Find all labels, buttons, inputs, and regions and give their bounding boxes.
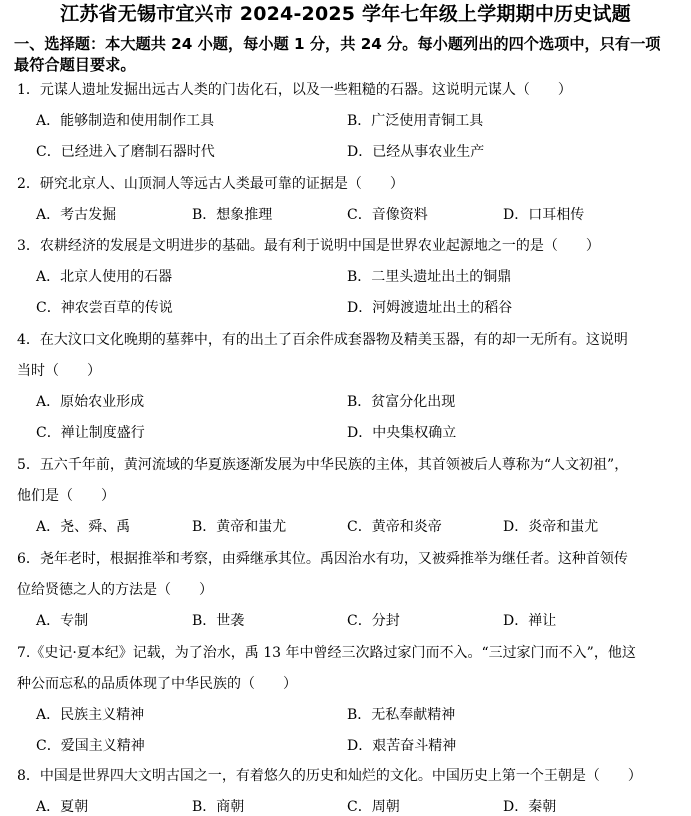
question-4-option-b: B．贫富分化出现 — [347, 392, 455, 412]
question-8-option-c: C．周朝 — [347, 797, 400, 816]
question-6-option-a: A．专制 — [36, 611, 88, 631]
question-8-stem: 8．中国是世界四大文明古国之一，有着悠久的历史和灿烂的文化。中国历史上第一个王朝… — [17, 766, 677, 786]
question-6-option-c: C．分封 — [347, 611, 400, 631]
question-8-option-b: B．商朝 — [192, 797, 244, 816]
question-3-option-a: A．北京人使用的石器 — [36, 267, 172, 287]
exam-title: 江苏省无锡市宜兴市 2024-2025 学年七年级上学期期中历史试题 — [0, 0, 691, 28]
question-7-stem-line-1: 7.《史记·夏本纪》记载，为了治水，禹 13 年中曾经三次路过家门而不入。“三过… — [17, 643, 677, 663]
section-heading: 一、选择题：本大题共 24 小题，每小题 1 分，共 24 分。每小题列出的四个… — [14, 34, 674, 76]
question-4-option-c: C．禅让制度盛行 — [36, 423, 145, 443]
question-7-stem-line-2: 种公而忘私的品质体现了中华民族的（ ） — [17, 674, 677, 694]
question-4-option-d: D．中央集权确立 — [347, 423, 456, 443]
question-3-option-b: B．二里头遗址出土的铜鼎 — [347, 267, 511, 287]
question-7-option-a: A．民族主义精神 — [36, 705, 144, 725]
question-5-stem-line-2: 他们是（ ） — [17, 486, 677, 506]
question-6-stem-line-1: 6．尧年老时，根据推举和考察，由舜继承其位。禹因治水有功，又被舜推举为继任者。这… — [17, 549, 677, 569]
question-2-stem: 2．研究北京人、山顶洞人等远古人类最可靠的证据是（ ） — [17, 174, 677, 194]
question-5-option-d: D．炎帝和蚩尤 — [503, 517, 598, 537]
question-1-stem: 1．元谋人遗址发掘出远古人类的门齿化石，以及一些粗糙的石器。这说明元谋人（ ） — [17, 80, 677, 100]
question-2-option-b: B．想象推理 — [192, 205, 272, 225]
question-3-option-d: D．河姆渡遗址出土的稻谷 — [347, 298, 512, 318]
question-1-option-c: C．已经进入了磨制石器时代 — [36, 142, 215, 162]
question-1-option-b: B．广泛使用青铜工具 — [347, 111, 483, 131]
question-3-option-c: C．神农尝百草的传说 — [36, 298, 173, 318]
question-5-option-a: A．尧、舜、禹 — [36, 517, 130, 537]
question-5-option-b: B．黄帝和蚩尤 — [192, 517, 286, 537]
question-8-option-d: D．秦朝 — [503, 797, 556, 816]
question-1-option-d: D．已经从事农业生产 — [347, 142, 484, 162]
question-8-option-a: A．夏朝 — [36, 797, 88, 816]
question-2-option-c: C．音像资料 — [347, 205, 428, 225]
question-1-option-a: A．能够制造和使用制作工具 — [36, 111, 214, 131]
question-2-option-d: D．口耳相传 — [503, 205, 584, 225]
question-7-option-d: D．艰苦奋斗精神 — [347, 736, 456, 756]
question-4-option-a: A．原始农业形成 — [36, 392, 144, 412]
question-7-option-b: B．无私奉献精神 — [347, 705, 455, 725]
question-7-option-c: C．爱国主义精神 — [36, 736, 145, 756]
question-6-stem-line-2: 位给贤德之人的方法是（ ） — [17, 580, 677, 600]
question-3-stem: 3．农耕经济的发展是文明进步的基础。最有利于说明中国是世界农业起源地之一的是（ … — [17, 236, 677, 256]
question-4-stem-line-2: 当时（ ） — [17, 361, 677, 381]
question-5-option-c: C．黄帝和炎帝 — [347, 517, 442, 537]
question-5-stem-line-1: 5．五六千年前，黄河流域的华夏族逐渐发展为中华民族的主体，其首领被后人尊称为“人… — [17, 455, 677, 475]
question-6-option-b: B．世袭 — [192, 611, 244, 631]
question-2-option-a: A．考古发掘 — [36, 205, 116, 225]
question-6-option-d: D．禅让 — [503, 611, 556, 631]
question-4-stem-line-1: 4．在大汶口文化晚期的墓葬中，有的出土了百余件成套器物及精美玉器，有的却一无所有… — [17, 330, 677, 350]
